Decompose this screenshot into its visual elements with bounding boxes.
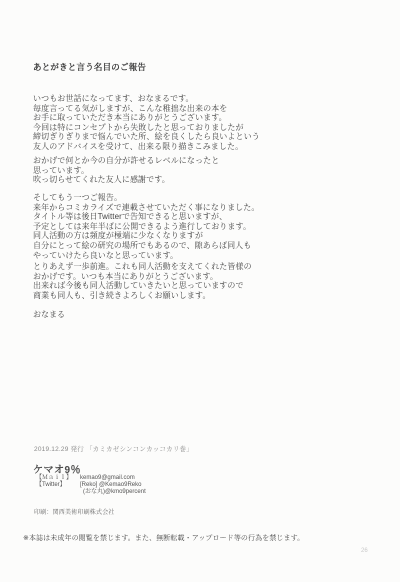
author-signature: おなまる <box>33 309 65 320</box>
footer-notice: ※本誌は未成年の閲覧を禁じます。また、無断転載・アップロード等の行為を禁じます。 <box>23 533 304 543</box>
colophon-contact-block: 【Ｍａｉｌ】 kemao9@gmail.com 【Twitter】 [Reko]… <box>36 475 146 497</box>
afterword-paragraph-2: おかげで何とか今の自分が許せるレベルになったと 思っています。 吹っ切らせてくれ… <box>33 156 219 185</box>
afterword-page: あとがきと言う名目のご報告 いつもお世話になってます、おなまるです。 毎度言って… <box>0 0 400 582</box>
colophon-printer-line: 印刷：関西美術印刷株式会社 <box>34 507 115 516</box>
contact-twitter-row-2: (おな丸)@kmo9percent <box>36 489 146 496</box>
page-number: 26 <box>361 548 368 554</box>
page-title: あとがきと言う名目のご報告 <box>33 61 146 73</box>
colophon-issue-line: 2019.12.29 発行 「カミカゼシンコンカッコカリ巻」 <box>34 444 193 453</box>
afterword-paragraph-4: とりあえず一歩前進。これも同人活動を支えてくれた皆様の おかげです。いつも本当に… <box>33 262 252 300</box>
twitter-label: 【Twitter】 <box>36 482 80 489</box>
twitter-handle-onamaru: (おな丸)@kmo9percent <box>83 489 146 496</box>
afterword-paragraph-1: いつもお世話になってます、おなまるです。 毎度言ってる気がしますが、こんな稚拙な… <box>33 94 260 152</box>
mail-address: kemao9@gmail.com <box>80 475 135 482</box>
afterword-paragraph-3: そしてもう一つご報告。 来年からコミカライズで連載させていただく事になりました。… <box>33 193 259 260</box>
colophon-circle-name: ケマオ9％ <box>33 461 81 476</box>
